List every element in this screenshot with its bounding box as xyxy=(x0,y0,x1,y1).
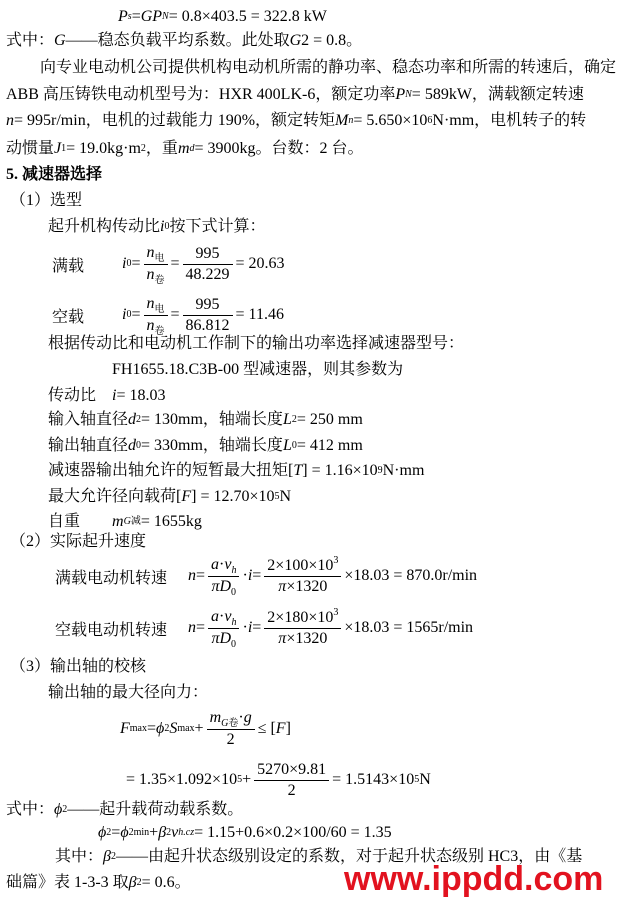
text-run: M xyxy=(335,111,348,131)
text-run: 减速器输出轴允许的短暂最大扭矩[ xyxy=(48,461,293,481)
text-run: 式中： xyxy=(6,31,54,51)
text-run: = 130mm，轴端长度 xyxy=(141,410,283,430)
paragraph-motor-line1: 向专业电动机公司提供机构电动机所需的静功率、稳态功率和所需的转速后，确定 xyxy=(40,58,616,78)
text-run: = xyxy=(252,567,261,585)
text-run: = 250 mm xyxy=(297,410,363,430)
text-run: 其中： xyxy=(55,847,103,867)
text-run: 2×180×10 xyxy=(267,609,333,626)
text-run: n xyxy=(188,619,196,637)
paragraph-motor-line4: 动惯量 J1 = 19.0kg·m2，重 md = 3900kg。台数：2 台。 xyxy=(6,139,364,159)
text-run: = xyxy=(131,306,140,324)
text-run: 电 xyxy=(155,253,165,264)
text-run: 动惯量 xyxy=(6,139,54,159)
text-run: D xyxy=(219,578,231,595)
text-run: 2 xyxy=(227,731,235,748)
text-run: d xyxy=(128,436,136,456)
text-run: D xyxy=(219,630,231,647)
text-run: a xyxy=(211,556,219,573)
text-run: n xyxy=(188,567,196,585)
text-run: L xyxy=(283,410,292,430)
text-run: T xyxy=(293,461,302,481)
formula-fmax-result-expression: = 1.35×1.092×105 + 5270×9.812 = 1.5143×1… xyxy=(126,760,431,801)
text-run: max xyxy=(177,724,194,734)
text-run: v xyxy=(171,823,178,843)
text-run: = 0.8×403.5 = 322.8 kW xyxy=(169,7,327,27)
formula-motor-speed-full: n = a·vhπD0·i = 2×100×103π×1320×18.03 = … xyxy=(188,555,477,598)
text-run: max xyxy=(130,724,147,734)
text-run: F xyxy=(181,487,191,507)
text-run: N xyxy=(405,90,412,100)
text-run: 2 = 0.8。 xyxy=(301,31,362,51)
paragraph-motor-line3: n = 995r/min，电机的过载能力 190%，额定转矩 Mn = 5.65… xyxy=(6,111,586,131)
text-run: N xyxy=(280,487,292,507)
text-run: = xyxy=(132,7,141,27)
text-run: = 18.03 xyxy=(116,386,165,406)
text-run: 起升机构传动比 xyxy=(48,217,160,237)
row-ratio-full-load: 满载 i0 = n电n卷 = 99548.229 = 20.63 xyxy=(52,240,285,288)
text-run: = 589kW，满载额定转速 xyxy=(412,85,584,105)
text-run: = 1655kg xyxy=(141,512,202,532)
text-run: 3 xyxy=(333,555,338,566)
fraction: 99586.812 xyxy=(183,295,233,336)
text-run: = 1.35×1.092×10 xyxy=(126,771,237,789)
text-run: = 330mm，轴端长度 xyxy=(141,436,283,456)
text-run: ——起升载荷动载系数。 xyxy=(67,800,243,820)
text-run: ×18.03 = 1565r/min xyxy=(344,619,473,637)
line-output-shaft: 输出轴直径 d0 = 330mm，轴端长度 L0 = 412 mm xyxy=(48,436,363,456)
text-run: = 995r/min，电机的过载能力 190%，额定转矩 xyxy=(14,111,335,131)
text-run: 按下式计算： xyxy=(169,217,265,237)
text-run: = 0.6。 xyxy=(142,873,191,893)
fraction: a·vhπD0 xyxy=(208,555,239,598)
text-run: 输入轴直径 xyxy=(48,410,128,430)
formula-steady-power: Ps = GPN = 0.8×403.5 = 322.8 kW xyxy=(118,7,327,27)
paragraph-motor-line2: ABB 高压铸铁电动机型号为：HXR 400LK-6，额定功率 PN = 589… xyxy=(6,85,584,105)
text-run: G xyxy=(54,31,66,51)
text-run: = xyxy=(171,306,180,324)
text-run: = xyxy=(196,619,205,637)
text-run: 0 xyxy=(231,587,236,598)
text-run: N·mm xyxy=(383,461,425,481)
formula-fmax-expression: Fmax = ϕ2Smax + mG卷·g2 ≤ [F] xyxy=(120,708,291,750)
text-run: ，重 xyxy=(146,139,178,159)
text-run: h.cz xyxy=(178,828,194,838)
text-run: S xyxy=(169,720,177,738)
text-run: 式中： xyxy=(6,800,54,820)
text-run: 2 xyxy=(288,782,296,799)
text-run: ≤ [ xyxy=(258,720,276,738)
text-run: = 5.650×10 xyxy=(353,111,427,131)
text-run: ] xyxy=(286,720,291,738)
text-run: 自重 xyxy=(48,512,112,532)
text-run: N·mm，电机转子的转 xyxy=(432,111,586,131)
text-run: ×1320 xyxy=(286,578,327,595)
text-run: ——稳态负载平均系数。此处取 xyxy=(66,31,290,51)
label-full-load: 满载 xyxy=(52,253,84,276)
text-run: G xyxy=(290,31,302,51)
row-motor-speed-full: 满载电动机转速 n = a·vhπD0·i = 2×100×103π×1320×… xyxy=(55,552,477,600)
text-run: F xyxy=(276,720,286,738)
formula-fmax-result: = 1.35×1.092×105 + 5270×9.812 = 1.5143×1… xyxy=(126,757,431,803)
text-run: 电 xyxy=(155,304,165,315)
line-select-reducer: 根据传动比和电动机工作制下的输出功率选择减速器型号： xyxy=(48,334,464,354)
text-run: β xyxy=(129,873,137,893)
text-run: + xyxy=(195,720,204,738)
fraction: 99548.229 xyxy=(183,244,233,285)
text-run: 输出轴直径 xyxy=(48,436,128,456)
section-heading-reducer: 5. 减速器选择 xyxy=(6,165,102,185)
text-run: GP xyxy=(141,7,162,27)
line-transmission-ratio: 传动比 i = 18.03 xyxy=(48,386,166,406)
line-ratio-intro: 起升机构传动比 i0 按下式计算： xyxy=(48,217,265,237)
row-motor-speed-empty: 空载电动机转速 n = a·vhπD0·i = 2×180×103π×1320×… xyxy=(55,604,473,652)
text-run: ×1320 xyxy=(286,630,327,647)
text-run: h xyxy=(231,565,236,576)
text-run: 995 xyxy=(196,245,220,262)
label-motor-speed-empty: 空载电动机转速 xyxy=(55,617,167,640)
line-input-shaft: 输入轴直径 d2 = 130mm，轴端长度 L2 = 250 mm xyxy=(48,410,363,430)
note-g-coefficient: 式中：G ——稳态负载平均系数。此处取 G2 = 0.8。 xyxy=(6,31,362,51)
text-run: = xyxy=(196,567,205,585)
text-run: n xyxy=(147,317,155,334)
text-run: 卷 xyxy=(155,275,165,286)
formula-fmax: Fmax = ϕ2Smax + mG卷·g2 ≤ [F] xyxy=(120,705,291,753)
text-run: = xyxy=(252,619,261,637)
text-run: N xyxy=(162,12,169,22)
text-run: J xyxy=(54,139,61,159)
text-run: G xyxy=(124,517,131,527)
text-run: 向专业电动机公司提供机构电动机所需的静功率、稳态功率和所需的转速后，确定 xyxy=(40,58,616,78)
fraction: mG卷·g2 xyxy=(207,708,255,750)
text-run: 3 xyxy=(333,607,338,618)
text-run: + xyxy=(149,823,158,843)
text-run: ϕ xyxy=(156,720,164,738)
formula-ratio-empty-load: i0 = n电n卷 = 99586.812 = 11.46 xyxy=(122,294,284,337)
text-run: 2×100×10 xyxy=(267,557,333,574)
text-run: = 3900kg。台数：2 台。 xyxy=(195,139,364,159)
text-run: m xyxy=(112,512,124,532)
line-self-weight: 自重 mG减 = 1655kg xyxy=(48,512,202,532)
text-run: d xyxy=(128,410,136,430)
text-run: 2min xyxy=(129,828,150,838)
text-run: P xyxy=(395,85,405,105)
text-run: ABB 高压铸铁电动机型号为：HXR 400LK-6，额定功率 xyxy=(6,85,395,105)
text-run: a xyxy=(211,608,219,625)
line-max-torque: 减速器输出轴允许的短暂最大扭矩[T] = 1.16×109N·mm xyxy=(48,461,424,481)
subsection-3-shaft-check: （3）输出轴的校核 xyxy=(10,657,146,677)
text-run: n xyxy=(147,295,155,312)
text-run: 减 xyxy=(131,517,141,527)
text-run: ] = 1.16×10 xyxy=(302,461,377,481)
watermark-url: www.ippdd.com xyxy=(344,862,603,896)
text-run: m xyxy=(210,709,222,726)
text-run: = 11.46 xyxy=(236,306,284,324)
text-run: ϕ xyxy=(54,800,62,820)
text-run: = xyxy=(171,255,180,273)
text-run: = 1.5143×10 xyxy=(332,771,414,789)
text-run: F xyxy=(120,720,130,738)
text-run: = xyxy=(111,823,120,843)
text-run: h xyxy=(231,617,236,628)
text-run: 最大允许径向载荷[ xyxy=(48,487,181,507)
text-run: β xyxy=(158,823,166,843)
label-motor-speed-full: 满载电动机转速 xyxy=(55,565,167,588)
fraction: n电n卷 xyxy=(144,294,168,337)
fraction: 2×100×103π×1320 xyxy=(264,556,341,597)
text-run: = xyxy=(147,720,156,738)
text-run: 86.812 xyxy=(186,317,230,334)
formula-phi2: ϕ2 = ϕ2min + β2vh.cz = 1.15+0.6×0.2×100/… xyxy=(98,823,392,843)
text-run: m xyxy=(178,139,190,159)
formula-motor-speed-empty: n = a·vhπD0·i = 2×180×103π×1320×18.03 = … xyxy=(188,607,473,650)
text-run: 995 xyxy=(196,296,220,313)
subsection-1-selection: （1）选型 xyxy=(10,191,82,211)
text-run: ] = 12.70×10 xyxy=(191,487,274,507)
note-beta-coefficient-cont: 础篇》表 1-3-3 取 β2 = 0.6。 xyxy=(6,873,191,893)
document-page: Ps = GPN = 0.8×403.5 = 322.8 kW 式中：G ——稳… xyxy=(0,0,625,905)
label-empty-load: 空载 xyxy=(52,304,84,327)
row-ratio-empty-load: 空载 i0 = n电n卷 = 99586.812 = 11.46 xyxy=(52,291,284,339)
text-run: = 412 mm xyxy=(297,436,363,456)
formula-ratio-full-load: i0 = n电n卷 = 99548.229 = 20.63 xyxy=(122,243,285,286)
text-run: 卷 xyxy=(228,718,238,729)
text-run: 础篇》表 1-3-3 取 xyxy=(6,873,129,893)
text-run: = 20.63 xyxy=(236,255,285,273)
text-run: + xyxy=(242,771,251,789)
line-reducer-model: FH1655.18.C3B-00 型减速器，则其参数为 xyxy=(112,360,403,380)
fraction: n电n卷 xyxy=(144,243,168,286)
text-run: = 19.0kg·m xyxy=(66,139,141,159)
text-run: ϕ xyxy=(98,823,106,843)
text-run: = xyxy=(131,255,140,273)
text-run: = 1.15+0.6×0.2×100/60 = 1.35 xyxy=(194,823,392,843)
text-run: n xyxy=(147,266,155,283)
line-max-radial-load: 最大允许径向载荷[F] = 12.70×105N xyxy=(48,487,291,507)
text-run: n xyxy=(147,244,155,261)
text-run: ×18.03 = 870.0r/min xyxy=(344,567,477,585)
text-run: P xyxy=(118,7,128,27)
text-run: 5270×9.81 xyxy=(257,761,326,778)
text-run: 传动比 xyxy=(48,386,112,406)
text-run: g xyxy=(244,709,252,726)
text-run: N xyxy=(419,771,431,789)
text-run: 0 xyxy=(231,639,236,650)
text-run: β xyxy=(103,847,111,867)
fraction: a·vhπD0 xyxy=(208,607,239,650)
text-run: L xyxy=(283,436,292,456)
fraction: 5270×9.812 xyxy=(254,760,329,801)
text-run: ϕ xyxy=(120,823,128,843)
note-phi-coefficient: 式中：ϕ2 ——起升载荷动载系数。 xyxy=(6,800,243,820)
text-run: n xyxy=(6,111,14,131)
fraction: 2×180×103π×1320 xyxy=(264,608,341,649)
text-run: 48.229 xyxy=(186,266,230,283)
subsection-2-actual-speed: （2）实际起升速度 xyxy=(10,532,146,552)
line-max-radial-intro: 输出轴的最大径向力： xyxy=(48,683,208,703)
